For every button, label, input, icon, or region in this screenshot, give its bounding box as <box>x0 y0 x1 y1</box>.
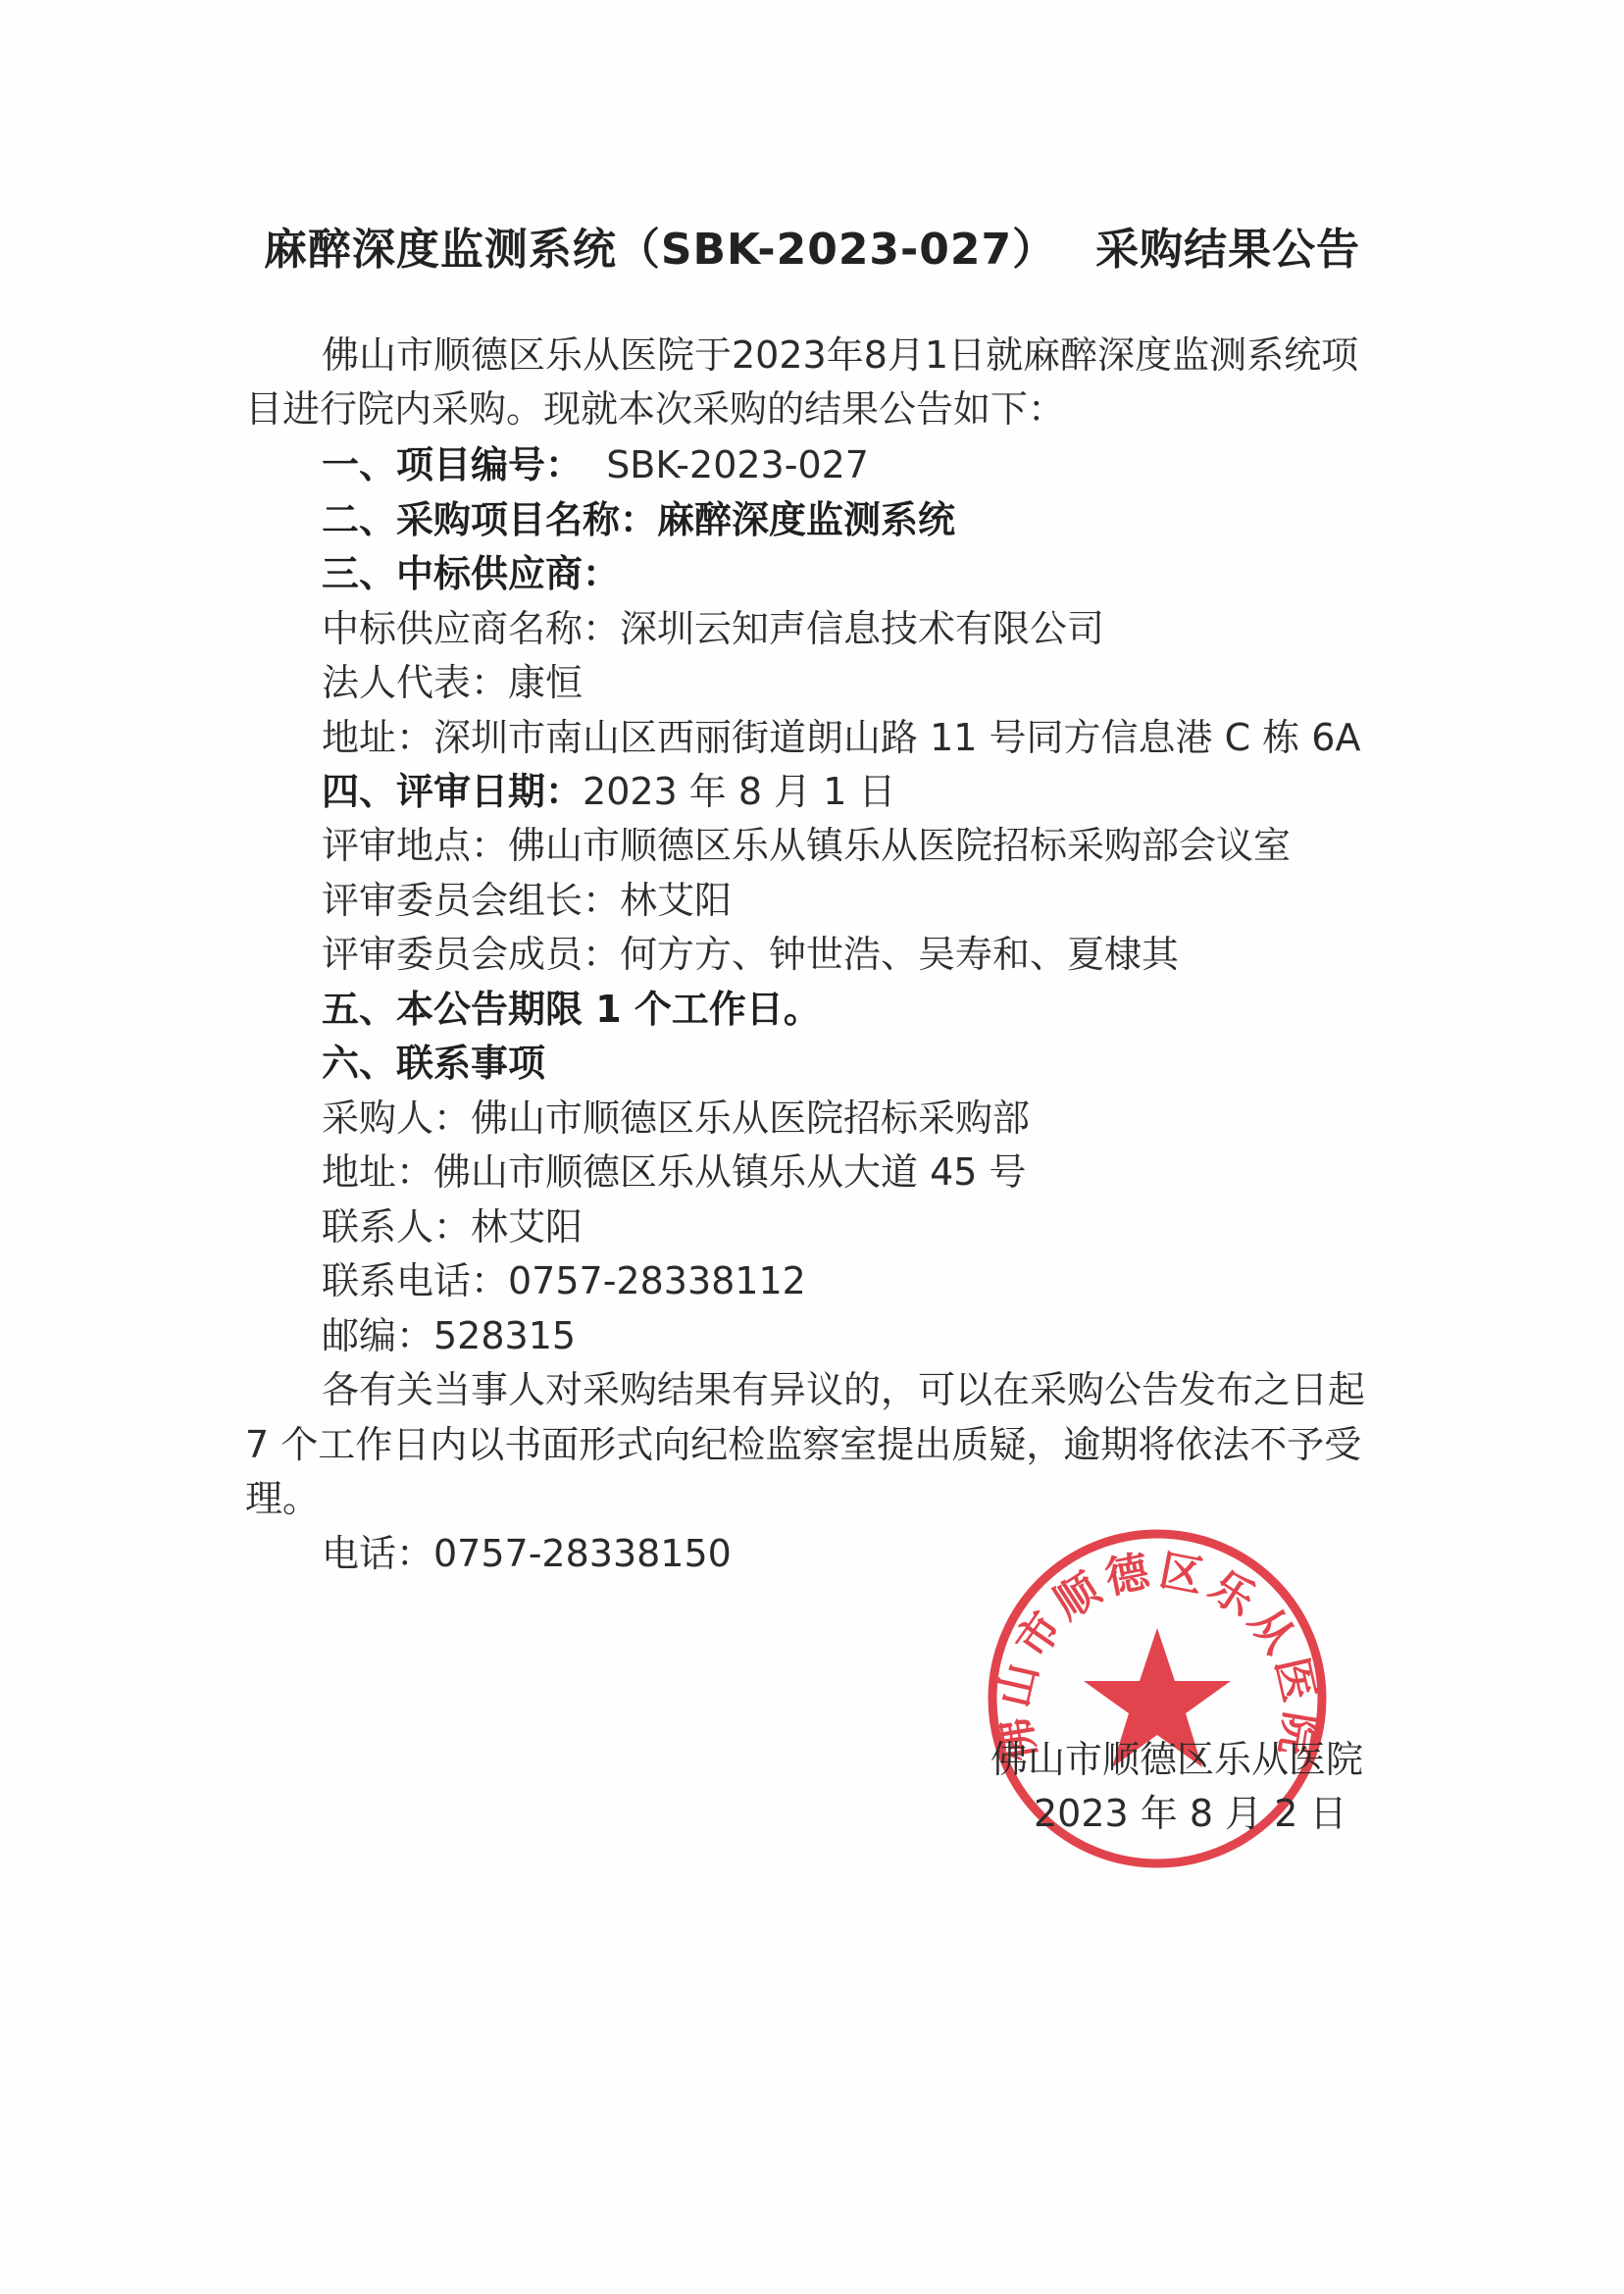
objection-line-2: 7 个工作日内以书面形式向纪检监察室提出质疑，逾期将依法不予受 <box>245 1421 1361 1468</box>
objection-line-1: 各有关当事人对采购结果有异议的，可以在采购公告发布之日起 <box>322 1366 1365 1413</box>
section-notice-period: 五、本公告期限 1 个工作日。 <box>322 986 821 1033</box>
section-review-date: 四、评审日期：2023 年 8 月 1 日 <box>322 768 895 815</box>
page-title: 麻醉深度监测系统（SBK-2023-027）采购结果公告 <box>0 214 1624 277</box>
signature-organization: 佛山市顺德区乐从医院 <box>990 1736 1363 1783</box>
title-main: 麻醉深度监测系统（SBK-2023-027） <box>264 225 1056 275</box>
signature-date: 2023 年 8 月 2 日 <box>1034 1790 1346 1837</box>
section-label: 一、项目编号： <box>322 443 583 486</box>
review-date-value: 2023 年 8 月 1 日 <box>583 770 895 813</box>
legal-representative: 法人代表：康恒 <box>322 659 583 706</box>
intro-paragraph-line-2: 目进行院内采购。现就本次采购的结果公告如下： <box>245 385 1065 433</box>
title-suffix: 采购结果公告 <box>1095 225 1360 275</box>
contact-phone: 联系电话：0757-28338112 <box>322 1257 806 1304</box>
project-name-value: 麻醉深度监测系统 <box>657 498 955 541</box>
objection-line-3: 理。 <box>245 1475 320 1522</box>
intro-paragraph-line-1: 佛山市顺德区乐从医院于2023年8月1日就麻醉深度监测系统项 <box>322 331 1358 379</box>
review-location: 评审地点：佛山市顺德区乐从镇乐从医院招标采购部会议室 <box>322 822 1291 869</box>
postcode: 邮编：528315 <box>322 1312 576 1359</box>
contact-person: 联系人：林艾阳 <box>322 1203 583 1250</box>
supplier-address: 地址：深圳市南山区西丽街道朗山路 11 号同方信息港 C 栋 6A <box>322 714 1360 761</box>
section-contact: 六、联系事项 <box>322 1040 545 1087</box>
document-page: 麻醉深度监测系统（SBK-2023-027）采购结果公告 佛山市顺德区乐从医院于… <box>0 0 1624 2294</box>
project-number-value: SBK-2023-027 <box>606 443 869 486</box>
purchaser: 采购人：佛山市顺德区乐从医院招标采购部 <box>322 1095 1030 1142</box>
section-label: 二、采购项目名称： <box>322 498 657 541</box>
committee-members: 评审委员会成员：何方方、钟世浩、吴寿和、夏棣其 <box>322 931 1179 978</box>
section-project-name: 二、采购项目名称：麻醉深度监测系统 <box>322 496 955 543</box>
supplier-name: 中标供应商名称：深圳云知声信息技术有限公司 <box>322 605 1104 652</box>
section-project-number: 一、项目编号： SBK-2023-027 <box>322 441 869 488</box>
committee-leader: 评审委员会组长：林艾阳 <box>322 877 732 924</box>
section-label: 四、评审日期： <box>322 770 583 813</box>
purchaser-address: 地址：佛山市顺德区乐从镇乐从大道 45 号 <box>322 1148 1027 1196</box>
section-winning-supplier: 三、中标供应商： <box>322 550 620 597</box>
objection-phone: 电话：0757-28338150 <box>322 1530 732 1577</box>
